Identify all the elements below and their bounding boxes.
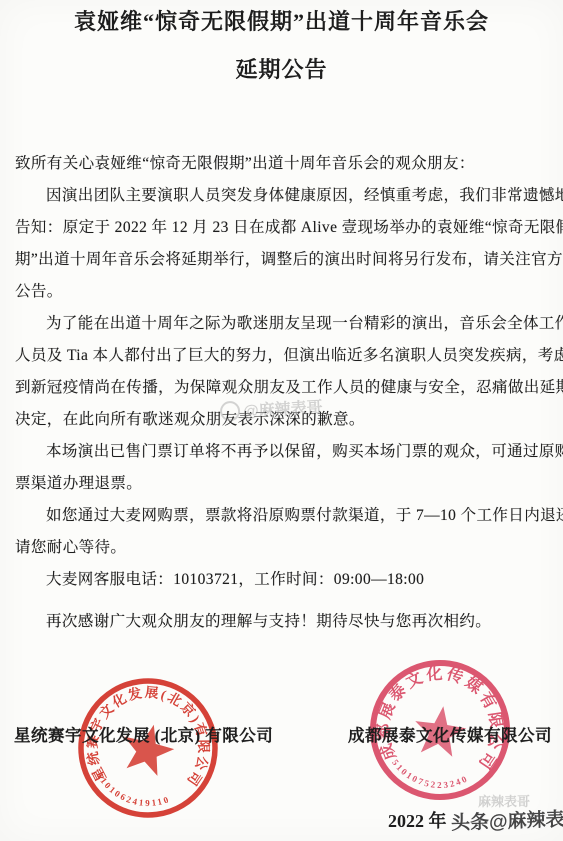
svg-text:1101062419110: 1101062419110 (90, 769, 175, 815)
salutation-line: 致所有关心袁娅维“惊奇无限假期”出道十周年音乐会的观众朋友： (15, 148, 547, 180)
seal-left-graphic: 星统赛宇文化发展(北京)有限公司 1101062419110 (57, 657, 239, 839)
closing-line: 再次感谢广大观众朋友的理解与支持！期待尽快与您再次相约。 (15, 606, 547, 638)
body-line: 公告。 (15, 276, 547, 308)
body-line: 请您耐心等待。 (15, 532, 547, 564)
company-seal-left: 星统赛宇文化发展(北京)有限公司 1101062419110 (57, 657, 239, 839)
body-line: 因演出团队主要演职人员突发身体健康原因，经慎重考虑，我们非常遗憾地 (15, 180, 547, 212)
body-line: 票渠道办理退票。 (15, 468, 547, 500)
body-line: 如您通过大麦网购票，票款将沿原购票付款渠道，于 7—10 个工作日内退还， (15, 500, 547, 532)
seal-right-number: 5101075223240 (387, 757, 472, 795)
seal-left-number: 1101062419110 (90, 769, 175, 815)
hotline-line: 大麦网客服电话：10103721，工作时间：09:00—18:00 (15, 564, 547, 596)
signature-company-right: 成都展泰文化传媒有限公司 (348, 722, 552, 746)
body-line: 人员及 Tia 本人都付出了巨大的努力，但演出临近多名演职人员突发疾病，考虑 (15, 340, 547, 372)
body-line: 本场演出已售门票订单将不再予以保留，购买本场门票的观众，可通过原购 (15, 436, 547, 468)
watermark-logo-icon (220, 400, 241, 421)
document-title-line2: 延期公告 (0, 56, 563, 84)
announcement-document: 袁娅维“惊奇无限假期”出道十周年音乐会 延期公告 致所有关心袁娅维“惊奇无限假期… (0, 0, 563, 841)
body-line: 期”出道十周年音乐会将延期举行，调整后的演出时间将另行发布，请关注官方 (15, 244, 547, 276)
date-line: 2022 年头条@麻辣表哥 (388, 806, 563, 833)
watermark-toutiao: 头条@麻辣表哥 (450, 804, 563, 836)
body-line: 告知：原定于 2022 年 12 月 23 日在成都 Alive 壹现场举办的袁… (15, 212, 547, 244)
svg-text:5101075223240: 5101075223240 (387, 757, 472, 795)
document-body: 致所有关心袁娅维“惊奇无限假期”出道十周年音乐会的观众朋友： 因演出团队主要演职… (15, 148, 547, 638)
document-title-line1: 袁娅维“惊奇无限假期”出道十周年音乐会 (0, 0, 563, 36)
date-text: 2022 年 (388, 811, 447, 831)
watermark-center-text: @麻辣表哥 (242, 394, 323, 421)
body-line: 为了能在出道十周年之际为歌迷朋友呈现一台精彩的演出，音乐会全体工作 (15, 308, 547, 340)
signature-company-left: 星统赛宇文化发展 (北京) 有限公司 (14, 722, 273, 746)
